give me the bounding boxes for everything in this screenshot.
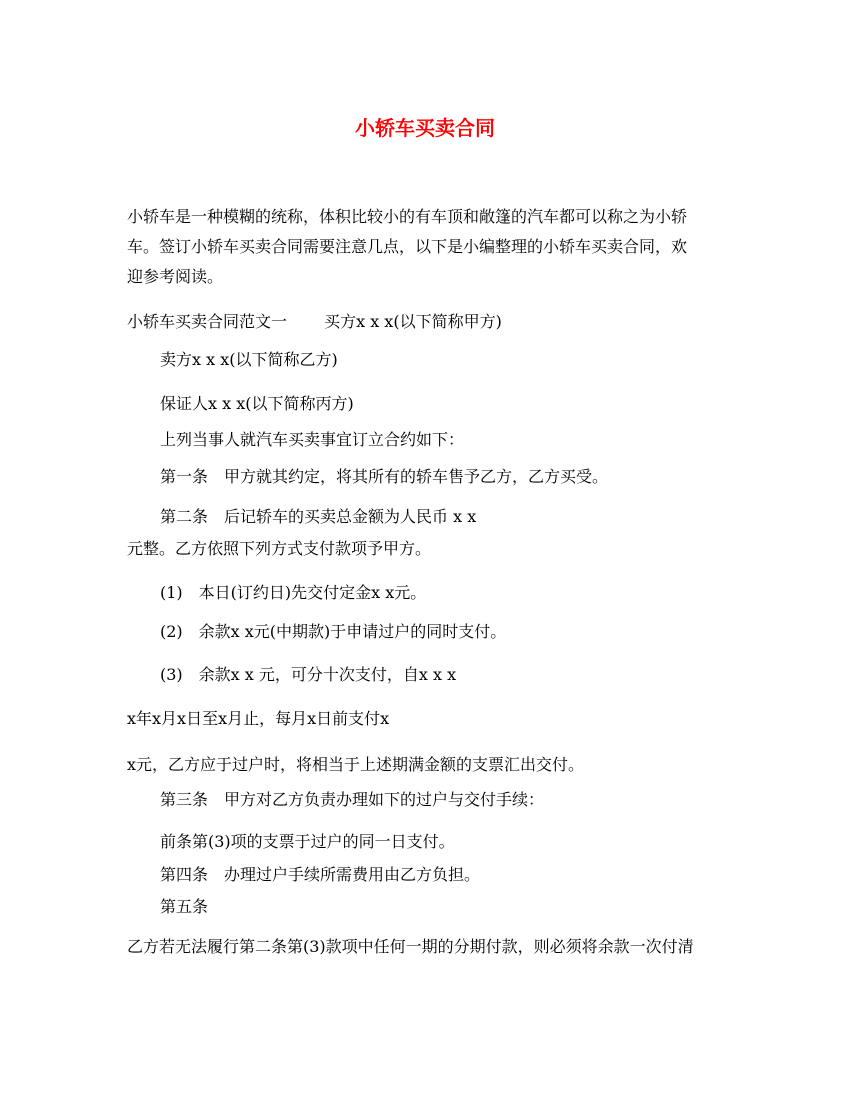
guarantor-line: 保证人x x x(以下简称丙方) xyxy=(160,394,354,413)
payment-item-3-line: (3) 余款x x 元，可分十次支付，自x x x xyxy=(160,665,456,684)
clause-1-line: 第一条 甲方就其约定，将其所有的轿车售予乙方，乙方买受。 xyxy=(160,467,608,486)
payment-item-1-line: (1) 本日(订约日)先交付定金x x元。 xyxy=(160,583,426,602)
payment-continuation-line-2: x元，乙方应于过户时，将相当于上述期满金额的支票汇出交付。 xyxy=(127,755,584,774)
clause-2-line: 第二条 后记轿车的买卖总金额为人民币 x x xyxy=(160,507,476,526)
payment-item-2-line: (2) 余款x x元(中期款)于申请过户的同时支付。 xyxy=(160,622,506,641)
clause-5-continuation-line: 乙方若无法履行第二条第(3)款项中任何一期的分期付款，则必须将余款一次付清 xyxy=(127,937,694,956)
intro-line-2: 车。签订小轿车买卖合同需要注意几点，以下是小编整理的小轿车买卖合同，欢 xyxy=(127,237,687,256)
payment-continuation-line-1: x年x月x日至x月止，每月x日前支付x xyxy=(127,709,389,728)
clause-4-line: 第四条 办理过户手续所需费用由乙方负担。 xyxy=(160,865,480,884)
intro-line-1: 小轿车是一种模糊的统称，体积比较小的有车顶和敞篷的汽车都可以称之为小轿 xyxy=(127,207,687,226)
clause-2-continuation-line: 元整。乙方依照下列方式支付款项予甲方。 xyxy=(127,539,431,558)
seller-line: 卖方x x x(以下简称乙方) xyxy=(160,350,338,369)
clause-5-line: 第五条 xyxy=(160,897,208,916)
document-title: 小轿车买卖合同 xyxy=(0,112,850,141)
contract-heading-buyer-line: 小轿车买卖合同范文一 买方x x x(以下简称甲方) xyxy=(127,312,502,331)
preamble-line: 上列当事人就汽车买卖事宜订立合约如下： xyxy=(160,430,464,449)
document-page: 小轿车买卖合同 小轿车是一种模糊的统称，体积比较小的有车顶和敞篷的汽车都可以称之… xyxy=(0,0,850,1100)
clause-3-line: 第三条 甲方对乙方负责办理如下的过户与交付手续： xyxy=(160,790,544,809)
intro-line-3: 迎参考阅读。 xyxy=(127,267,223,286)
clause-3-detail-line: 前条第(3)项的支票于过户的同一日支付。 xyxy=(160,832,455,851)
